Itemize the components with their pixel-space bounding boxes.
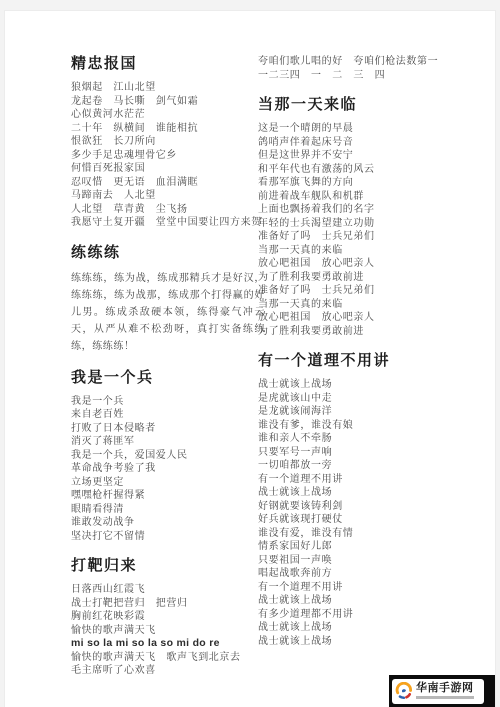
lyric-line: 心似黄河水茫茫: [71, 108, 258, 122]
lyric-line: 日落西山红霞飞: [71, 583, 258, 597]
brand-url-line: [416, 696, 474, 699]
lyric-line: 马蹄南去 人北望: [71, 189, 258, 203]
lyric-line: 坚决打它不留情: [71, 530, 258, 544]
lyric-line: 二十年 纵横间 谁能相抗: [71, 122, 258, 136]
lyric-line: 为了胜利我要勇敢前进: [258, 271, 445, 285]
lyric-line: 情系家国好儿郎: [258, 540, 445, 554]
lyric-line: 狼烟起 江山北望: [71, 81, 258, 95]
song-title: 练练练: [71, 244, 258, 261]
lyric-line: 谁敢发动战争: [71, 516, 258, 530]
lyric-line: 我是一个兵: [71, 395, 258, 409]
lyric-line: 有一个道理不用讲: [258, 581, 445, 595]
lyric-line: 有一个道理不用讲: [258, 473, 445, 487]
lyric-line: 只要军号一声响: [258, 446, 445, 460]
lyric-line: 毛主席听了心欢喜: [71, 664, 258, 678]
lyric-line: 看那军旗飞舞的方向: [258, 176, 445, 190]
lyric-line: 上面也飘扬着我们的名字: [258, 203, 445, 217]
lyric-line: 战士就该上战场: [258, 635, 445, 649]
lyric-line: 前进着战车舰队和机群: [258, 190, 445, 204]
lyric-line: 一二三四 一 二 三 四: [258, 69, 445, 83]
lyric-line: 谁没有爹，谁没有娘: [258, 419, 445, 433]
lyric-line: 当那一天真的来临: [258, 298, 445, 312]
lyric-line: 年轻的士兵渴望建立功勋: [258, 217, 445, 231]
lyric-line: 嘿嘿枪杆握得紧: [71, 489, 258, 503]
lyric-line: 战士就该上战场: [258, 486, 445, 500]
lyric-line: 谁和亲人不牵肠: [258, 432, 445, 446]
lyric-line: 我愿守土复开疆 堂堂中国要让四方来贺: [71, 216, 258, 230]
lyric-line: 为了胜利我要勇敢前进: [258, 325, 445, 339]
lyric-line: 战士就该上战场: [258, 594, 445, 608]
lyric-line: 唱起战歌奔前方: [258, 567, 445, 581]
lyrics-columns: 精忠报国狼烟起 江山北望龙起卷 马长嘶 剑气如霜心似黄河水茫茫二十年 纵横间 谁…: [5, 11, 495, 678]
lyric-line: 这是一个晴朗的早晨: [258, 122, 445, 136]
lyric-line: 忍叹惜 更无语 血泪满眶: [71, 176, 258, 190]
lyric-line: 我是一个兵，爱国爱人民: [71, 449, 258, 463]
lyric-line: 谁没有爱，谁没有情: [258, 527, 445, 541]
lyric-line: 是龙就该闹海洋: [258, 405, 445, 419]
lyric-line: 练练练，练为战，练成那精兵才是好汉，练练练，练为战那，练成那个打得赢的好儿男。练…: [71, 270, 265, 355]
left-column: 精忠报国狼烟起 江山北望龙起卷 马长嘶 剑气如霜心似黄河水茫茫二十年 纵横间 谁…: [71, 55, 258, 678]
song-title: 当那一天来临: [258, 96, 445, 113]
lyric-line: 但是这世界并不安宁: [258, 149, 445, 163]
lyric-line: 夸咱们歌儿唱的好 夸咱们枪法数第一: [258, 55, 445, 69]
lyric-line: 革命战争考验了我: [71, 462, 258, 476]
lyric-line: 战士就该上战场: [258, 621, 445, 635]
brand-card: 华南手游网: [392, 679, 484, 704]
song-title: 精忠报国: [71, 55, 258, 72]
lyric-line: 眼睛看得清: [71, 503, 258, 517]
lyric-line: 当那一天真的来临: [258, 244, 445, 258]
song-title: 打靶归来: [71, 557, 258, 574]
lyric-line: 战士打靶把营归 把营归: [71, 597, 258, 611]
page-top-gutter: [0, 0, 500, 10]
lyric-line: 龙起卷 马长嘶 剑气如霜: [71, 95, 258, 109]
lyric-line: 有多少道理都不用讲: [258, 608, 445, 622]
lyric-line: 鸽哨声伴着起床号音: [258, 136, 445, 150]
lyric-line: 立场更坚定: [71, 476, 258, 490]
lyric-line: 好兵就该现打硬仗: [258, 513, 445, 527]
lyric-line: 打败了日本侵略者: [71, 422, 258, 436]
lyric-line: 愉快的歌声满天飞: [71, 624, 258, 638]
brand-name: 华南手游网: [416, 683, 474, 694]
lyric-line: 好钢就要该铸利剑: [258, 500, 445, 514]
lyric-line: 消灭了蒋匪军: [71, 435, 258, 449]
lyrics-page: 精忠报国狼烟起 江山北望龙起卷 马长嘶 剑气如霜心似黄河水茫茫二十年 纵横间 谁…: [4, 10, 496, 707]
right-column: 夸咱们歌儿唱的好 夸咱们枪法数第一一二三四 一 二 三 四当那一天来临这是一个晴…: [258, 55, 445, 678]
lyric-line: 人北望 草青黄 尘飞扬: [71, 203, 258, 217]
lyric-line: 恨欲狂 长刀所向: [71, 135, 258, 149]
lyric-line: 是虎就该山中走: [258, 392, 445, 406]
song-title: 有一个道理不用讲: [258, 352, 445, 369]
lyric-line: 愉快的歌声满天飞 歌声飞到北京去: [71, 651, 258, 665]
lyric-line: 胸前红花映彩霞: [71, 610, 258, 624]
lyric-line: 来自老百姓: [71, 408, 258, 422]
lyric-line: mi so la mi so la so mi do re: [71, 637, 258, 651]
lyric-line: 和平年代也有激荡的风云: [258, 163, 445, 177]
brand-swirl-icon: [395, 682, 413, 700]
lyric-line: 放心吧祖国 放心吧亲人: [258, 257, 445, 271]
lyric-line: 放心吧祖国 放心吧亲人: [258, 311, 445, 325]
watermark-logo: 华南手游网: [389, 675, 495, 707]
lyric-line: 准备好了吗 士兵兄弟们: [258, 284, 445, 298]
lyric-line: 何惜百死报家国: [71, 162, 258, 176]
lyric-line: 战士就该上战场: [258, 378, 445, 392]
lyric-line: 一切咱都放一旁: [258, 459, 445, 473]
lyric-line: 多少手足忠魂埋骨它乡: [71, 149, 258, 163]
lyric-line: 准备好了吗 士兵兄弟们: [258, 230, 445, 244]
song-title: 我是一个兵: [71, 369, 258, 386]
lyric-line: 只要祖国一声唤: [258, 554, 445, 568]
brand-text: 华南手游网: [416, 683, 474, 699]
